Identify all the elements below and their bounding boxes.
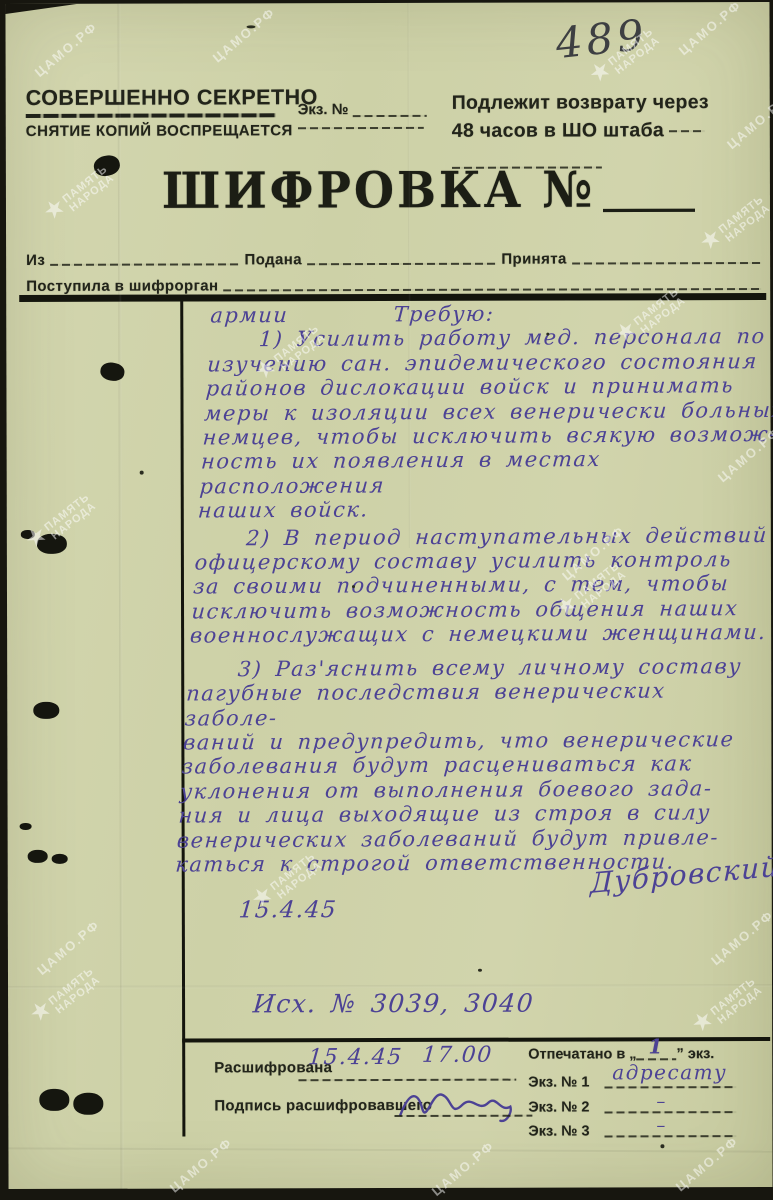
document-paper: 489 СОВЕРШЕННО СЕКРЕТНО СНЯТИЕ КОПИЙ ВОС…	[5, 2, 772, 1189]
hw-line: 3) Раз'яснить всему личному составу	[187, 654, 771, 682]
paper-speck	[140, 471, 144, 475]
archive-watermark: ЦАМО.РФ	[429, 1138, 498, 1199]
hw-line: венерических заболеваний будут привле-	[176, 825, 760, 853]
memory-watermark: ★ПАМЯТЬНАРОДА	[696, 191, 773, 259]
paper-speck	[660, 1144, 664, 1148]
from-blank	[50, 263, 239, 265]
archive-watermark: ЦАМО.РФ	[34, 917, 103, 978]
hw-line: военнослужащих с немецкими женщинами.	[189, 620, 773, 648]
hw-line: меры к изоляции всех венерически больных	[203, 398, 773, 426]
decrypted-date: 15.4.45	[307, 1045, 404, 1070]
addressee-word: армии	[210, 303, 289, 327]
return-notice: Подлежит возврату через 48 часов в ШО шт…	[452, 88, 709, 145]
title-number-blank	[603, 209, 695, 212]
punch-hole	[39, 1089, 69, 1111]
scanned-document-page: { "page_number": "489", "stamp_header": …	[0, 0, 773, 1200]
hw-line: ваний и предупредить, что венерические	[182, 727, 766, 755]
hw-line: за своими подчиненными, с тем, чтобы	[192, 571, 773, 599]
received-label: Принята	[501, 251, 567, 268]
paper-speck	[352, 585, 355, 588]
memory-watermark-text: ПАМЯТЬНАРОДА	[707, 973, 765, 1027]
printed-count-handwritten: 1	[648, 1034, 663, 1058]
copy2-value: –	[656, 1091, 667, 1112]
punch-hole	[99, 361, 125, 382]
paragraph-3: 3) Раз'яснить всему личному составу пагу…	[175, 654, 771, 877]
classification-stamp: СОВЕРШЕННО СЕКРЕТНО СНЯТИЕ КОПИЙ ВОСПРЕЩ…	[26, 85, 318, 140]
received-blank	[572, 262, 761, 264]
arrived-blank	[223, 288, 761, 291]
from-label: Из	[26, 252, 45, 269]
paragraph-2: 2) В период наступательных действий офиц…	[189, 523, 773, 649]
submitted-label: Подана	[245, 251, 302, 268]
hw-line: ность их появления в местах расположения	[199, 446, 773, 498]
address-line: армии Требую:	[210, 300, 773, 328]
paper-crease	[407, 3, 410, 548]
outgoing-reference: Исх. № 3039, 3040	[252, 989, 536, 1019]
decrypted-time: 17.00	[421, 1043, 494, 1068]
archive-watermark: ЦАМО.РФ	[32, 19, 101, 80]
memory-watermark-text: ПАМЯТЬНАРОДА	[715, 191, 773, 245]
archive-watermark: ЦАМО.РФ	[724, 91, 773, 152]
return-notice-line2: 48 часов в ШО штаба	[452, 116, 709, 145]
copy3-label: Экз. № 3	[528, 1123, 604, 1139]
arrived-row: Поступила в шифрорган	[26, 276, 766, 295]
hw-line: наших войск.	[197, 495, 773, 523]
copy3-value: –	[656, 1115, 667, 1136]
archive-watermark: ЦАМО.РФ	[167, 1134, 236, 1195]
classification-text: СОВЕРШЕННО СЕКРЕТНО	[26, 85, 318, 111]
return-notice-line1: Подлежит возврату через	[452, 88, 709, 117]
hw-line: 2) В период наступательных действий	[195, 523, 773, 551]
punch-hole	[52, 854, 68, 864]
memory-watermark: ★ПАМЯТЬНАРОДА	[40, 161, 117, 229]
copy2-blank: –	[604, 1101, 736, 1115]
hw-line: немцев, чтобы исключить всякую возмож-	[202, 422, 773, 450]
archive-watermark: ЦАМО.РФ	[676, 0, 745, 58]
punch-hole	[28, 850, 48, 863]
copy-number-blank	[352, 115, 426, 117]
archive-watermark: ЦАМО.РФ	[210, 4, 279, 65]
decryptor-blank	[394, 1115, 532, 1117]
copy-row-3: Экз. № 3 –	[528, 1123, 736, 1140]
punch-hole	[73, 1093, 103, 1115]
title-word: ШИФРОВКА	[162, 160, 524, 219]
classification-underline	[26, 113, 276, 118]
punch-hole	[33, 702, 59, 719]
archive-watermark: ЦАМО.РФ	[673, 1133, 742, 1194]
hw-line: районов дислокации войск и принимать	[205, 373, 773, 401]
copy1-blank: адресату	[604, 1076, 736, 1090]
decrypted-blank	[298, 1079, 516, 1082]
copy-row-2: Экз. № 2 –	[528, 1099, 736, 1116]
hw-line: пагубные последствия венерических заболе…	[184, 678, 769, 730]
copy1-label: Экз. № 1	[528, 1074, 604, 1090]
paper-speck	[478, 969, 482, 972]
copy2-label: Экз. № 2	[528, 1099, 604, 1115]
copy1-value: адресату	[612, 1060, 727, 1084]
hw-line: заболевания будут расцениваться как	[181, 751, 765, 779]
title-number-sign: №	[542, 160, 595, 218]
memory-watermark-text: ПАМЯТЬНАРОДА	[45, 963, 103, 1017]
archive-watermark: ЦАМО.РФ	[708, 907, 773, 968]
memory-watermark: ★ПАМЯТЬНАРОДА	[26, 963, 103, 1031]
submitted-blank	[307, 263, 496, 265]
arrived-label: Поступила в шифрорган	[26, 277, 218, 295]
scan-corner-shadow	[5, 4, 77, 14]
copy3-blank: –	[604, 1125, 736, 1139]
copy-row-1: Экз. № 1 адресату	[528, 1074, 736, 1091]
message-body-handwritten: армии Требую: 1) Усилить работу мед. пер…	[175, 300, 773, 877]
copy-number-blank-2	[298, 127, 424, 129]
routing-row: Из Подана Принята	[26, 250, 766, 269]
hw-line: уклонения от выполнения боевого зада-	[179, 776, 763, 804]
footer-box-rule	[182, 1037, 770, 1043]
hw-line: офицерскому составу усилить контроль	[194, 547, 773, 575]
punch-hole	[20, 823, 32, 830]
hw-line: ния и лица выходящие из строя в силу	[178, 800, 762, 828]
paper-crease	[117, 4, 123, 1189]
copy-number-label: Экз. №	[298, 101, 349, 118]
paper-speck	[546, 333, 549, 336]
memory-watermark-text: ПАМЯТЬНАРОДА	[41, 489, 99, 543]
document-title: ШИФРОВКА №	[162, 160, 695, 220]
decryptor-signature-scribble	[396, 1083, 514, 1125]
hw-line: исключить возможность общения наших	[191, 596, 773, 624]
copy-prohibition-text: СНЯТИЕ КОПИЙ ВОСПРЕЩАЕТСЯ	[26, 122, 318, 140]
